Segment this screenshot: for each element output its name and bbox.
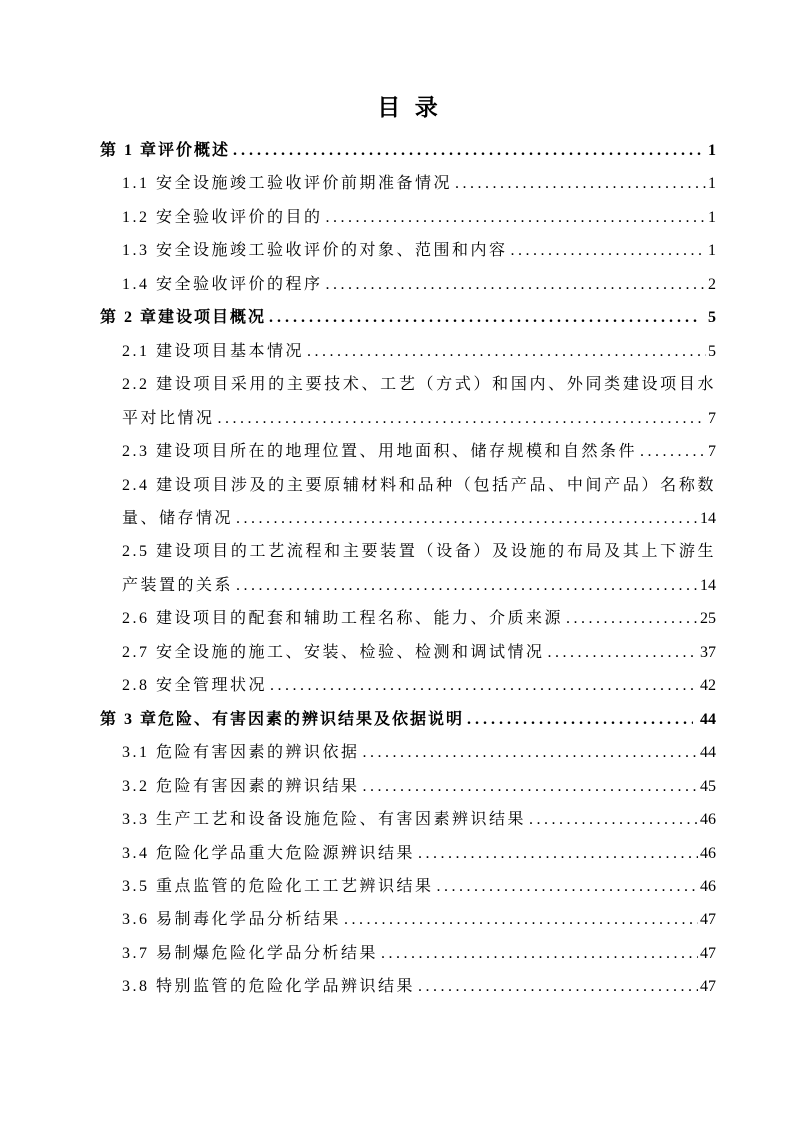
toc-entry[interactable]: 1.1 安全设施竣工验收评价前期准备情况1 [100,167,716,200]
page-number: 5 [708,301,716,334]
dot-leader [434,870,698,903]
toc-entry[interactable]: 2.6 建设项目的配套和辅助工程名称、能力、介质来源25 [100,602,716,635]
page-number: 47 [700,970,716,1003]
entry-text: 2.6 建设项目的配套和辅助工程名称、能力、介质来源 [122,602,563,635]
table-of-contents: 第 1 章评价概述11.1 安全设施竣工验收评价前期准备情况11.2 安全验收评… [100,134,716,1004]
entry-text: 3.2 危险有害因素的辨识结果 [122,770,360,803]
entry-text: 2.1 建设项目基本情况 [122,335,304,368]
toc-entry-row: 3.4 危险化学品重大危险源辨识结果46 [122,837,716,870]
toc-chapter-entry[interactable]: 第 2 章建设项目概况5 [100,301,716,334]
toc-entry[interactable]: 2.2 建设项目采用的主要技术、工艺（方式）和国内、外同类建设项目水平对比情况7 [100,368,716,435]
toc-entry-row: 2.7 安全设施的施工、安装、检验、检测和调试情况37 [122,636,716,669]
entry-text: 1.2 安全验收评价的目的 [122,201,323,234]
toc-entry-row: 3.8 特别监管的危险化学品辨识结果47 [122,970,716,1003]
entry-text: 3.1 危险有害因素的辨识依据 [122,736,360,769]
toc-entry-row: 3.3 生产工艺和设备设施危险、有害因素辨识结果46 [122,803,716,836]
page-number: 46 [700,803,716,836]
entry-text: 1.1 安全设施竣工验收评价前期准备情况 [122,167,452,200]
toc-entry[interactable]: 1.4 安全验收评价的程序2 [100,268,716,301]
toc-entry[interactable]: 2.7 安全设施的施工、安装、检验、检测和调试情况37 [100,636,716,669]
toc-entry[interactable]: 3.1 危险有害因素的辨识依据44 [100,736,716,769]
dot-leader [360,770,698,803]
page-number: 7 [708,402,716,435]
toc-entry[interactable]: 2.5 建设项目的工艺流程和主要装置（设备）及设施的布局及其上下游生产装置的关系… [100,535,716,602]
dot-leader [508,234,706,267]
entry-text-line1: 2.2 建设项目采用的主要技术、工艺（方式）和国内、外同类建设项目水 [122,368,716,401]
entry-text: 3.4 危险化学品重大危险源辨识结果 [122,837,415,870]
toc-entry-row: 2.3 建设项目所在的地理位置、用地面积、储存规模和自然条件7 [122,435,716,468]
page-number: 45 [700,770,716,803]
dot-leader [233,569,698,602]
toc-entry[interactable]: 2.4 建设项目涉及的主要原辅材料和品种（包括产品、中间产品）名称数量、储存情况… [100,469,716,536]
entry-text-line1: 2.5 建设项目的工艺流程和主要装置（设备）及设施的布局及其上下游生 [122,535,716,568]
toc-entry-row: 平对比情况7 [122,402,716,435]
dot-leader [526,803,698,836]
document-page: 目 录 第 1 章评价概述11.1 安全设施竣工验收评价前期准备情况11.2 安… [0,0,794,1123]
toc-entry-row: 3.5 重点监管的危险化工工艺辨识结果46 [122,870,716,903]
dot-leader [415,837,698,870]
toc-entry-row: 3.1 危险有害因素的辨识依据44 [122,736,716,769]
toc-entry-row: 2.6 建设项目的配套和辅助工程名称、能力、介质来源25 [122,602,716,635]
toc-entry[interactable]: 2.1 建设项目基本情况5 [100,335,716,368]
page-number: 1 [708,234,716,267]
dot-leader [267,669,698,702]
dot-leader [233,502,698,535]
page-number: 42 [700,669,716,702]
toc-entry[interactable]: 3.2 危险有害因素的辨识结果45 [100,770,716,803]
dot-leader [323,201,706,234]
entry-text: 2.3 建设项目所在的地理位置、用地面积、储存规模和自然条件 [122,435,637,468]
toc-entry[interactable]: 1.3 安全设施竣工验收评价的对象、范围和内容1 [100,234,716,267]
toc-chapter-entry[interactable]: 第 1 章评价概述1 [100,134,716,167]
toc-entry-row: 3.2 危险有害因素的辨识结果45 [122,770,716,803]
toc-entry[interactable]: 3.7 易制爆危险化学品分析结果47 [100,937,716,970]
entry-text: 3.3 生产工艺和设备设施危险、有害因素辨识结果 [122,803,526,836]
page-number: 44 [700,703,716,736]
page-number: 2 [708,268,716,301]
entry-text-line1: 2.4 建设项目涉及的主要原辅材料和品种（包括产品、中间产品）名称数 [122,469,716,502]
entry-text: 2.7 安全设施的施工、安装、检验、检测和调试情况 [122,636,545,669]
page-number: 37 [700,636,716,669]
dot-leader [304,335,706,368]
page-number: 14 [700,502,716,535]
toc-entry[interactable]: 3.4 危险化学品重大危险源辨识结果46 [100,837,716,870]
dot-leader [215,402,706,435]
entry-text: 产装置的关系 [122,569,233,602]
toc-entry[interactable]: 2.8 安全管理状况42 [100,669,716,702]
dot-leader [323,268,706,301]
toc-entry-row: 第 2 章建设项目概况5 [100,301,716,334]
toc-entry-row: 2.8 安全管理状况42 [122,669,716,702]
page-number: 47 [700,937,716,970]
entry-text: 3.5 重点监管的危险化工工艺辨识结果 [122,870,434,903]
toc-content: 目 录 第 1 章评价概述11.1 安全设施竣工验收评价前期准备情况11.2 安… [100,88,716,1004]
toc-entry-row: 1.2 安全验收评价的目的1 [122,201,716,234]
entry-text: 2.8 安全管理状况 [122,669,267,702]
entry-text: 3.8 特别监管的危险化学品辨识结果 [122,970,415,1003]
dot-leader [464,703,693,736]
entry-text: 第 2 章建设项目概况 [100,301,266,334]
dot-leader [415,970,698,1003]
toc-entry[interactable]: 3.3 生产工艺和设备设施危险、有害因素辨识结果46 [100,803,716,836]
page-number: 1 [708,201,716,234]
toc-entry[interactable]: 1.2 安全验收评价的目的1 [100,201,716,234]
dot-leader [378,937,698,970]
page-number: 1 [708,167,716,200]
toc-entry-row: 1.4 安全验收评价的程序2 [122,268,716,301]
toc-entry-row: 1.3 安全设施竣工验收评价的对象、范围和内容1 [122,234,716,267]
toc-entry-row: 量、储存情况14 [122,502,716,535]
toc-entry-row: 产装置的关系14 [122,569,716,602]
dot-leader [563,602,698,635]
dot-leader [230,134,701,167]
entry-text: 3.6 易制毒化学品分析结果 [122,903,341,936]
page-number: 44 [700,736,716,769]
toc-entry-row: 3.6 易制毒化学品分析结果47 [122,903,716,936]
dot-leader [545,636,698,669]
toc-entry[interactable]: 2.3 建设项目所在的地理位置、用地面积、储存规模和自然条件7 [100,435,716,468]
entry-text: 1.4 安全验收评价的程序 [122,268,323,301]
page-number: 47 [700,903,716,936]
toc-entry-row: 2.1 建设项目基本情况5 [122,335,716,368]
dot-leader [266,301,701,334]
dot-leader [360,736,698,769]
page-title: 目 录 [100,88,716,128]
dot-leader [341,903,698,936]
page-number: 1 [708,134,716,167]
toc-chapter-entry[interactable]: 第 3 章危险、有害因素的辨识结果及依据说明44 [100,703,716,736]
toc-entry-row: 第 1 章评价概述1 [100,134,716,167]
page-number: 46 [700,870,716,903]
page-number: 7 [708,435,716,468]
entry-text: 3.7 易制爆危险化学品分析结果 [122,937,378,970]
toc-entry[interactable]: 3.6 易制毒化学品分析结果47 [100,903,716,936]
entry-text: 第 1 章评价概述 [100,134,230,167]
entry-text: 平对比情况 [122,402,215,435]
page-number: 25 [700,602,716,635]
toc-entry-row: 1.1 安全设施竣工验收评价前期准备情况1 [122,167,716,200]
toc-entry-row: 3.7 易制爆危险化学品分析结果47 [122,937,716,970]
dot-leader [637,435,706,468]
toc-entry[interactable]: 3.8 特别监管的危险化学品辨识结果47 [100,970,716,1003]
page-number: 14 [700,569,716,602]
dot-leader [452,167,706,200]
entry-text: 第 3 章危险、有害因素的辨识结果及依据说明 [100,703,464,736]
entry-text: 量、储存情况 [122,502,233,535]
entry-text: 1.3 安全设施竣工验收评价的对象、范围和内容 [122,234,508,267]
toc-entry-row: 第 3 章危险、有害因素的辨识结果及依据说明44 [100,703,716,736]
toc-entry[interactable]: 3.5 重点监管的危险化工工艺辨识结果46 [100,870,716,903]
page-number: 5 [708,335,716,368]
page-number: 46 [700,837,716,870]
